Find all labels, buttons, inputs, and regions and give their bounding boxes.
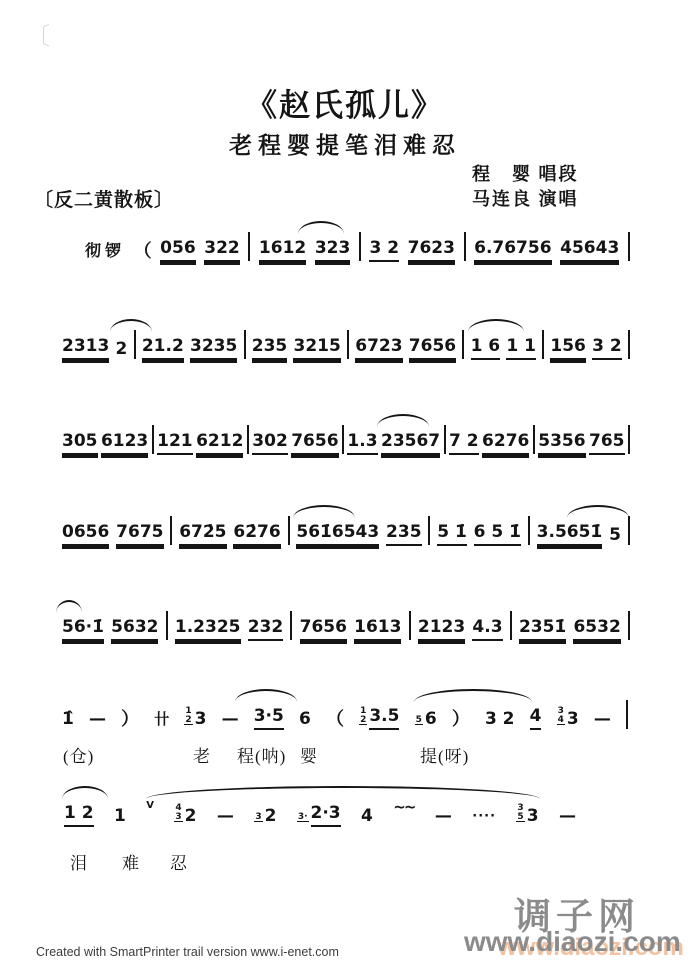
barline bbox=[247, 425, 249, 454]
barline bbox=[628, 330, 630, 359]
note-cluster: 3·2·3 bbox=[297, 803, 341, 827]
grace-notes: 3· bbox=[297, 813, 309, 823]
barline bbox=[166, 611, 168, 640]
slur-arc bbox=[62, 786, 108, 799]
note-cluster: 2123 bbox=[418, 617, 465, 641]
slur-arc bbox=[110, 319, 152, 332]
barline bbox=[409, 611, 411, 640]
note-cluster: ~~ bbox=[393, 806, 414, 827]
note-cluster: 32 bbox=[254, 806, 276, 827]
note-cluster: 6 bbox=[299, 709, 311, 730]
barline bbox=[462, 330, 464, 359]
note-cluster: ） bbox=[121, 709, 139, 730]
note-cluster: 7656 bbox=[291, 431, 338, 455]
music-line-3: 3056123121621230276561.3235677 262765356… bbox=[62, 425, 630, 455]
slur-arc bbox=[377, 414, 429, 427]
watermark-site-url: www.diaozi.com bbox=[464, 926, 681, 958]
note-cluster: — bbox=[217, 806, 234, 827]
note-cluster: ···· bbox=[472, 806, 496, 827]
note-cluster: V bbox=[146, 806, 154, 827]
note-cluster: 1 2 bbox=[64, 803, 94, 827]
barline bbox=[342, 425, 344, 454]
note-cluster: 6276 bbox=[482, 431, 529, 455]
aria-subtitle: 老程婴提笔泪难忍 bbox=[0, 127, 690, 160]
note-cluster: （ bbox=[326, 709, 344, 730]
note-cluster: 1.2325 bbox=[175, 617, 241, 641]
slur-arc bbox=[468, 319, 524, 332]
music-line-2: 2313221.232352353215672376561 61 11563 2 bbox=[62, 330, 630, 360]
barline bbox=[170, 516, 172, 545]
music-line-6: 1̂—）卄123—3·56（123.556）3 24343—(仓)老程(呐)婴提… bbox=[62, 700, 628, 730]
note-cluster: 3·5 bbox=[254, 706, 284, 730]
music-line-4: 06567675672̇562̇76561̇65432355 1̇6 5 1̇3… bbox=[62, 516, 630, 546]
note-cluster: 1 1 bbox=[506, 336, 536, 360]
lyric-syllable: 老 bbox=[193, 742, 211, 767]
barline bbox=[428, 516, 430, 545]
note-cluster: 6123 bbox=[101, 431, 148, 455]
note-cluster: 彻锣 bbox=[85, 241, 125, 262]
note-cluster: 1612 bbox=[259, 238, 306, 262]
note-cluster: 123.5 bbox=[359, 706, 399, 730]
note-cluster: 121 bbox=[157, 431, 193, 455]
note-cluster: 5 bbox=[609, 525, 621, 546]
barline bbox=[628, 516, 630, 545]
note-cluster: 7675 bbox=[116, 522, 163, 546]
slur-arc bbox=[56, 600, 82, 613]
lyric-syllable: 难 bbox=[122, 849, 140, 874]
note-cluster: 0656 bbox=[62, 522, 109, 546]
note-cluster: 1 6 bbox=[471, 336, 501, 360]
note-cluster: 6 5 1̇ bbox=[474, 522, 521, 546]
note-cluster: 5 1̇ bbox=[437, 522, 467, 546]
note-cluster: 62̇76 bbox=[233, 522, 280, 546]
note-cluster: 156 bbox=[550, 336, 586, 360]
note-cluster: 3 2 bbox=[485, 709, 515, 730]
note-cluster: 1̂ bbox=[62, 709, 74, 730]
note-cluster: 4.3 bbox=[472, 617, 502, 641]
barline bbox=[152, 425, 154, 454]
barline bbox=[628, 232, 630, 261]
credit-role: 程 婴 唱段 bbox=[472, 162, 642, 187]
note-cluster: — bbox=[222, 709, 239, 730]
note-cluster: 45643 bbox=[560, 238, 619, 262]
note-cluster: 7623 bbox=[408, 238, 455, 262]
lyric-syllable: 婴 bbox=[300, 742, 318, 767]
note-cluster: 23567 bbox=[381, 431, 440, 455]
grace-notes: 43 bbox=[174, 804, 182, 822]
note-cluster: 1 bbox=[114, 806, 126, 827]
note-cluster: 2 bbox=[116, 339, 128, 360]
barline bbox=[510, 611, 512, 640]
note-cluster: 7656 bbox=[409, 336, 456, 360]
note-cluster: 123 bbox=[184, 709, 206, 730]
note-cluster: 353 bbox=[516, 806, 538, 827]
note-cluster: 561̇6543 bbox=[296, 522, 379, 546]
note-cluster: 5356 bbox=[538, 431, 585, 455]
note-cluster: 2351̇ bbox=[519, 617, 566, 641]
note-cluster: 232 bbox=[248, 617, 284, 641]
note-cluster: 1.3 bbox=[347, 431, 377, 455]
note-cluster: 305 bbox=[62, 431, 98, 455]
grace-notes: 35 bbox=[516, 804, 524, 822]
barline bbox=[464, 232, 466, 261]
barline bbox=[248, 232, 250, 261]
note-cluster: 7656 bbox=[300, 617, 347, 641]
note-cluster: （ bbox=[134, 241, 152, 262]
note-cluster: 343 bbox=[557, 709, 579, 730]
barline bbox=[444, 425, 446, 454]
grace-notes: 5 bbox=[415, 716, 423, 726]
lyric-syllable: 忍 bbox=[170, 849, 188, 874]
note-cluster: 323 bbox=[315, 238, 351, 262]
note-cluster: 765 bbox=[589, 431, 625, 455]
note-cluster: — bbox=[89, 709, 106, 730]
corner-bracket-mark: 〔 bbox=[26, 16, 50, 51]
lyric-syllable: 程(呐) bbox=[237, 742, 286, 767]
score-page: 〔 《赵氏孤儿》 老程婴提笔泪难忍 程 婴 唱段 马连良 演唱 〔反二黄散板〕 … bbox=[0, 0, 690, 975]
note-cluster: 056 bbox=[160, 238, 196, 262]
note-cluster: 432 bbox=[174, 806, 196, 827]
note-cluster: 3.5651̇ bbox=[537, 522, 603, 546]
barline bbox=[359, 232, 361, 261]
note-cluster: 322 bbox=[204, 238, 240, 262]
grace-notes: 34 bbox=[557, 707, 565, 725]
barline bbox=[533, 425, 535, 454]
slur-arc bbox=[567, 505, 629, 518]
note-cluster: 56·1̇ bbox=[62, 617, 104, 641]
page-title: 《赵氏孤儿》 bbox=[0, 80, 690, 125]
music-line-7: 1 21V432—323·2·34~~—····353—泪难忍 bbox=[64, 797, 576, 827]
barline bbox=[134, 330, 136, 359]
note-cluster: 56 bbox=[415, 709, 437, 730]
note-cluster: 21.2 bbox=[142, 336, 184, 360]
note-cluster: — bbox=[559, 806, 576, 827]
note-cluster: 5632 bbox=[111, 617, 158, 641]
grace-notes: 12 bbox=[184, 707, 192, 725]
note-cluster: 2313 bbox=[62, 336, 109, 360]
note-cluster: 7 2 bbox=[449, 431, 479, 455]
note-cluster: 672̇5 bbox=[179, 522, 226, 546]
slur-arc bbox=[146, 786, 540, 799]
note-cluster: 6723 bbox=[355, 336, 402, 360]
note-cluster: ） bbox=[452, 709, 470, 730]
barline bbox=[290, 611, 292, 640]
lyric-syllable: 泪 bbox=[70, 849, 88, 874]
note-cluster: 3235 bbox=[190, 336, 237, 360]
barline bbox=[347, 330, 349, 359]
note-cluster: 235 bbox=[386, 522, 422, 546]
note-cluster: 1613 bbox=[354, 617, 401, 641]
footer-credit: Created with SmartPrinter trail version … bbox=[36, 945, 339, 959]
mode-label: 〔反二黄散板〕 bbox=[34, 185, 174, 212]
credit-singer: 马连良 演唱 bbox=[472, 187, 642, 212]
note-cluster: 6.76756 bbox=[474, 238, 551, 262]
note-cluster: 4 bbox=[530, 706, 542, 730]
music-line-1: 彻锣（05632216123233 276236.7675645643 bbox=[85, 232, 630, 262]
note-cluster: — bbox=[435, 806, 452, 827]
note-cluster: 3 2 bbox=[369, 238, 399, 262]
note-cluster: 235 bbox=[252, 336, 288, 360]
note-cluster: 卄 bbox=[154, 709, 169, 730]
note-cluster: 6532 bbox=[573, 617, 620, 641]
note-cluster: 302 bbox=[252, 431, 288, 455]
barline bbox=[244, 330, 246, 359]
barline bbox=[628, 425, 630, 454]
slur-arc bbox=[293, 505, 355, 518]
note-cluster: 3215 bbox=[293, 336, 340, 360]
lyric-syllable: 提(呀) bbox=[420, 742, 469, 767]
slur-arc bbox=[414, 689, 532, 702]
note-cluster: 4 bbox=[361, 806, 373, 827]
note-cluster: 6212 bbox=[196, 431, 243, 455]
note-cluster: — bbox=[594, 709, 611, 730]
note-cluster: 3 2 bbox=[592, 336, 622, 360]
barline bbox=[628, 611, 630, 640]
music-line-5: 56·1̇56321.23252327656161321234.32351̇65… bbox=[62, 611, 630, 641]
slur-arc bbox=[235, 689, 297, 702]
lyric-syllable: (仓) bbox=[63, 742, 94, 767]
barline bbox=[542, 330, 544, 359]
slur-arc bbox=[298, 221, 344, 234]
barline bbox=[528, 516, 530, 545]
grace-notes: 3 bbox=[254, 813, 262, 823]
grace-notes: 12 bbox=[359, 707, 367, 725]
barline bbox=[288, 516, 290, 545]
barline bbox=[626, 700, 628, 729]
credits-block: 程 婴 唱段 马连良 演唱 bbox=[472, 162, 642, 212]
